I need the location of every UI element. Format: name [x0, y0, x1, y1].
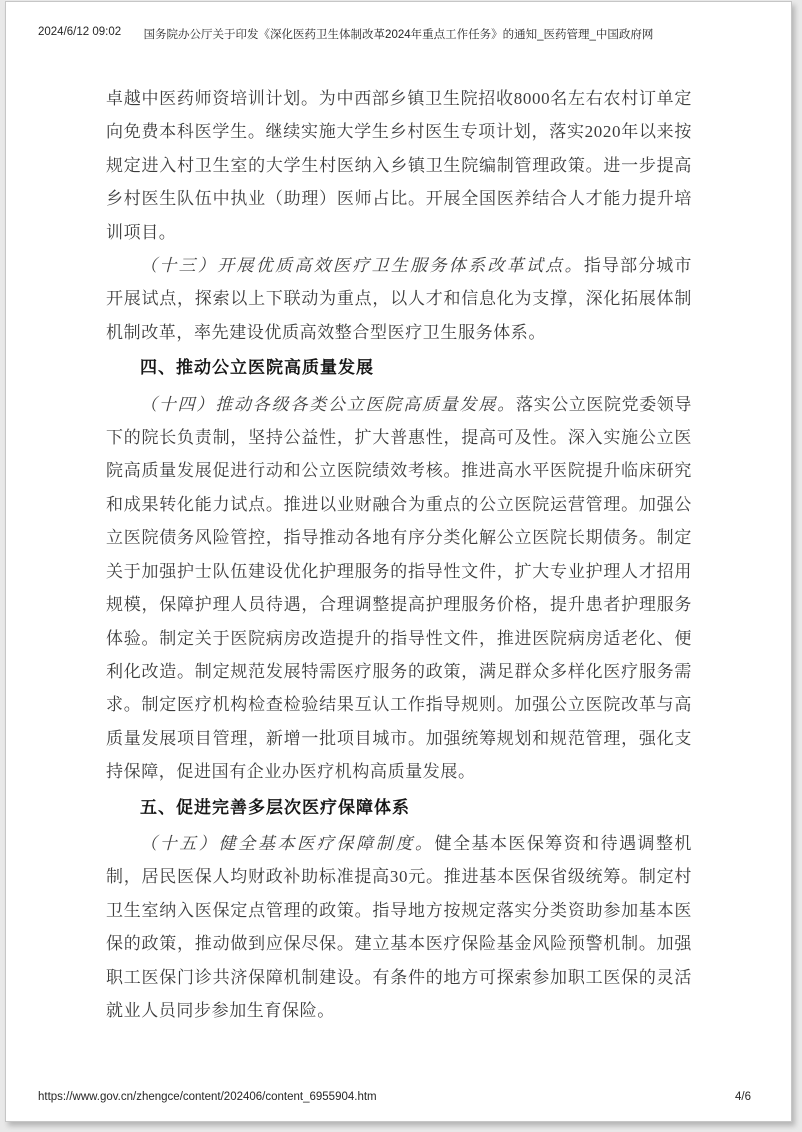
page-footer: https://www.gov.cn/zhengce/content/20240… — [38, 1091, 759, 1105]
paragraph-lead-sentence: （十五）健全基本医疗保障制度。 — [140, 834, 435, 853]
paragraph-text: 落实公立医院党委领导下的院长负责制，坚持公益性，扩大普惠性，提高可及性。深入实施… — [106, 395, 692, 781]
body-paragraph-item-13: （十三）开展优质高效医疗卫生服务体系改革试点。指导部分城市开展试点，探索以上下联… — [106, 249, 692, 349]
document-body: 卓越中医药师资培训计划。为中西部乡镇卫生院招收8000名左右农村订单定向免费本科… — [106, 82, 692, 1027]
header-document-title: 国务院办公厅关于印发《深化医药卫生体制改革2024年重点工作任务》的通知_医药管… — [98, 26, 699, 42]
section-heading-4: 四、推动公立医院高质量发展 — [106, 351, 692, 384]
print-preview-canvas: 2024/6/12 09:02 国务院办公厅关于印发《深化医药卫生体制改革202… — [0, 0, 802, 1132]
footer-page-number: 4/6 — [735, 1091, 751, 1103]
paragraph-text: 健全基本医保筹资和待遇调整机制，居民医保人均财政补助标准提高30元。推进基本医保… — [106, 834, 692, 1020]
paragraph-lead-sentence: （十四）推动各级各类公立医院高质量发展。 — [140, 395, 516, 414]
body-paragraph-item-15: （十五）健全基本医疗保障制度。健全基本医保筹资和待遇调整机制，居民医保人均财政补… — [106, 827, 692, 1027]
paragraph-lead-sentence: （十三）开展优质高效医疗卫生服务体系改革试点。 — [140, 256, 584, 275]
document-page: 2024/6/12 09:02 国务院办公厅关于印发《深化医药卫生体制改革202… — [5, 1, 792, 1122]
paragraph-text: 卓越中医药师资培训计划。为中西部乡镇卫生院招收8000名左右农村订单定向免费本科… — [106, 89, 692, 242]
body-paragraph-continuation: 卓越中医药师资培训计划。为中西部乡镇卫生院招收8000名左右农村订单定向免费本科… — [106, 82, 692, 249]
page-header: 2024/6/12 09:02 国务院办公厅关于印发《深化医药卫生体制改革202… — [38, 24, 759, 40]
footer-source-url: https://www.gov.cn/zhengce/content/20240… — [38, 1091, 377, 1103]
section-heading-5: 五、促进完善多层次医疗保障体系 — [106, 791, 692, 824]
body-paragraph-item-14: （十四）推动各级各类公立医院高质量发展。落实公立医院党委领导下的院长负责制，坚持… — [106, 388, 692, 789]
